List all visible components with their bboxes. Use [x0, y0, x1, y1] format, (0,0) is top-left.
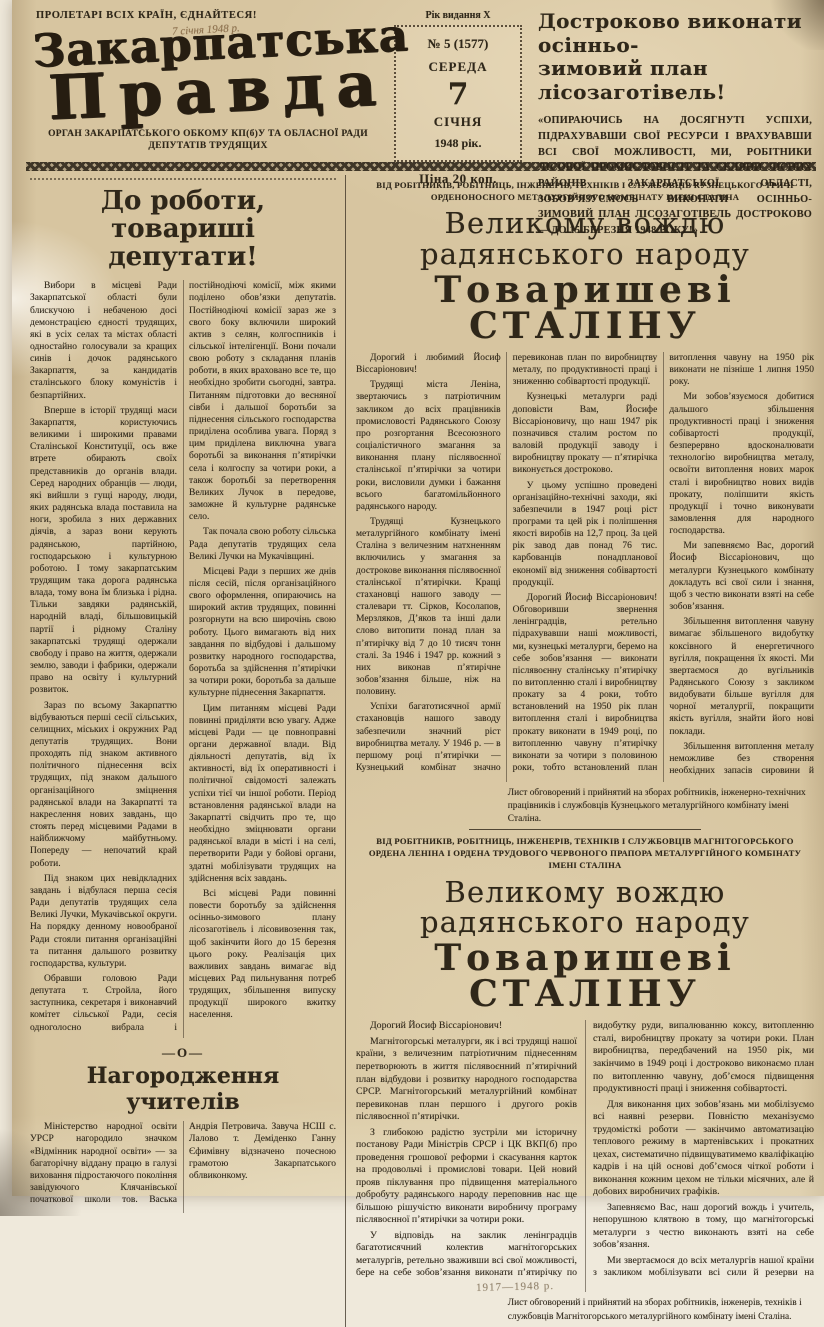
paragraph: Цим питанням місцеві Ради повинні приділ… [189, 703, 336, 885]
issue-day: 7 [400, 77, 516, 112]
paragraph: З глибокою радістю зустріли ми історичну… [356, 1127, 577, 1200]
magnitogorsk-headline-line1: Великому вождю радянського народу [356, 877, 814, 938]
magnitogorsk-headline-line2: Товаришеві СТАЛІНУ [356, 940, 814, 1012]
issue-weekday: СЕРЕДА [400, 59, 516, 75]
dotted-rule [30, 178, 336, 180]
paragraph: Місцеві Ради з перших же днів після сесі… [189, 566, 336, 700]
paragraph: У цьому успішно проведені організаційно-… [513, 480, 658, 589]
editorial-title-line1: До роботи, товариші [30, 187, 336, 243]
banner-section: Достроково виконати осінньо- зимовий пла… [532, 8, 814, 158]
editorial-title: До роботи, товариші депутати! [30, 187, 336, 271]
paragraph: Ми зобов’язуємося добитися дальшого збіл… [669, 391, 814, 537]
paragraph: Для виконання цих зобов’язань ми мобіліз… [593, 1099, 814, 1199]
kuznetsk-footer: Лист обговорений і прийнятий на зборах р… [508, 787, 810, 826]
paragraph: Дорогий Йосиф Віссаріонович! [356, 1020, 577, 1033]
paragraph: Зараз по всьому Закарпаттю відбуваються … [30, 700, 177, 870]
paragraph: Трудящі Кузнецького металургійного комбі… [356, 516, 501, 698]
kuznetsk-headline-line1: Великому вождю радянського народу [356, 208, 814, 269]
left-column-pane: До роботи, товариші депутати! Вибори в м… [28, 175, 346, 1200]
paragraph: Кузнецькі металурги раді доповісти Вам, … [513, 391, 658, 476]
newspaper-title-line2: Правда [48, 57, 386, 128]
awards-title: Нагородження учителів [30, 1063, 336, 1115]
issue-info-column: Рік видання X № 5 (1577) СЕРЕДА 7 СІЧНЯ … [394, 8, 522, 158]
paragraph: Вперше в історії трудящі маси Закарпаття… [30, 405, 177, 697]
banner-headline-line1: Достроково виконати осінньо- [538, 10, 812, 57]
newspaper-title: Закарпатська Правда [32, 15, 386, 128]
paragraph: Дорогий і любимий Йосиф Віссаріонович! [356, 352, 501, 376]
masthead-left: ПРОЛЕТАРІ ВСІХ КРАЇН, ЄДНАЙТЕСЯ! 7 січня… [32, 8, 384, 158]
kuznetsk-letter: ВІД РОБІТНИКІВ, РОБІТНИЦЬ, ІНЖЕНЕРІВ, ТЕ… [356, 179, 814, 826]
masthead-section: ПРОЛЕТАРІ ВСІХ КРАЇН, ЄДНАЙТЕСЯ! 7 січня… [12, 0, 824, 158]
kuznetsk-kicker: ВІД РОБІТНИКІВ, РОБІТНИЦЬ, ІНЖЕНЕРІВ, ТЕ… [362, 179, 808, 203]
paragraph: Вибори в місцеві Ради Закарпатської обла… [30, 280, 177, 402]
issue-month: СІЧНЯ [400, 114, 516, 130]
page-body: До роботи, товариші депутати! Вибори в м… [12, 171, 824, 1200]
paragraph: Трудящі міста Леніна, звертаючись з патр… [356, 379, 501, 513]
edition-year-label: Рік видання X [394, 10, 522, 21]
kuznetsk-body: Дорогий і любимий Йосиф Віссаріонович!Тр… [356, 352, 814, 782]
awards-body: Міністерство народної освіти УРСР нагоро… [30, 1121, 336, 1200]
magnitogorsk-letter: ВІД РОБІТНИКІВ, РОБІТНИЦЬ, ІНЖЕНЕРІВ, ТЕ… [356, 835, 814, 1200]
letters-separator [469, 829, 701, 830]
banner-headline: Достроково виконати осінньо- зимовий пла… [538, 10, 812, 104]
newspaper-page: ПРОЛЕТАРІ ВСІХ КРАЇН, ЄДНАЙТЕСЯ! 7 січня… [12, 0, 824, 1196]
issue-year: 1948 рік. [400, 136, 516, 151]
editorial-body: Вибори в місцеві Ради Закарпатської обла… [30, 280, 336, 1038]
paragraph: Всі місцеві Ради повинні повести боротьб… [189, 888, 336, 1022]
kuznetsk-headline-line2: Товаришеві СТАЛІНУ [356, 272, 814, 344]
issue-number: № 5 (1577) [400, 36, 516, 52]
paragraph: Збільшення витоплення чавуну вимагає збі… [669, 616, 814, 738]
decorative-rule [26, 162, 816, 171]
magnitogorsk-kicker: ВІД РОБІТНИКІВ, РОБІТНИЦЬ, ІНЖЕНЕРІВ, ТЕ… [362, 835, 808, 871]
paragraph: Міністерство народної освіти УРСР нагоро… [30, 1121, 336, 1200]
section-divider: —О— [30, 1045, 336, 1061]
paragraph: Ми запевняємо Вас, дорогий Йосиф Віссарі… [669, 540, 814, 613]
paragraph: Так почала свою роботу сільська Рада деп… [189, 526, 336, 562]
magnitogorsk-body: Дорогий Йосиф Віссаріонович!Магнітогорсь… [356, 1020, 814, 1200]
right-column-pane: ВІД РОБІТНИКІВ, РОБІТНИЦЬ, ІНЖЕНЕРІВ, ТЕ… [346, 175, 816, 1200]
paragraph: Під знаком цих невідкладних завдань і ві… [30, 873, 177, 970]
editorial-title-line2: депутати! [30, 243, 336, 271]
paragraph: Магнітогорські металурги, як і всі трудя… [356, 1036, 577, 1124]
issue-box: № 5 (1577) СЕРЕДА 7 СІЧНЯ 1948 рік. [394, 25, 522, 162]
banner-headline-line2: зимовий план лісозаготівель! [538, 57, 812, 104]
